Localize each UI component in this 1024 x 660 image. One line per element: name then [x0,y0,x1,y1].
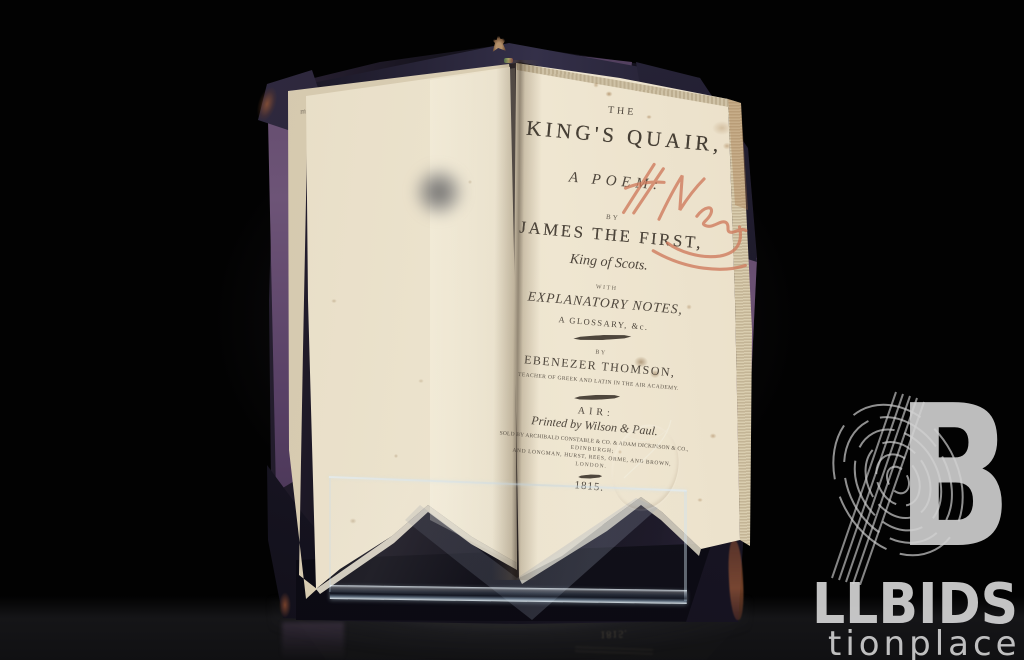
swelled-rule-2 [574,394,620,401]
swelled-rule-1 [573,334,631,341]
photo-stage: 1815. mod [0,0,1024,660]
swelled-rule-3 [578,474,602,479]
stand-left-edge [329,478,331,592]
title-page-text: THE KING'S QUAIR, A POEM: BY JAMES THE F… [494,82,717,509]
stray-thread [616,414,676,484]
watermark-tagline-text: tionplace [828,624,1021,660]
stand-right-edge [684,491,687,601]
watermark-logo-letter: B [896,380,1013,576]
